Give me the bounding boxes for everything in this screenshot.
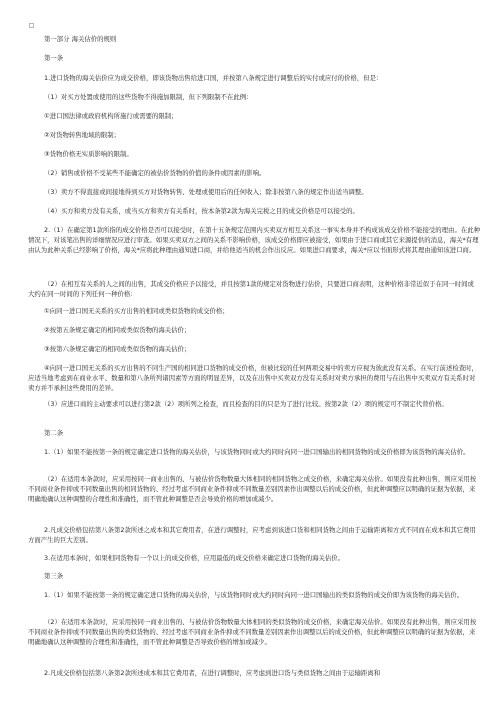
list-item: ③货物价格无实质影响的限制。: [44, 149, 480, 159]
paragraph: 2.凡成交价格包括第八条第2款所述之成本和其它费用者，在进行调整时，应考虑到该进…: [28, 525, 480, 545]
article-heading: 第三条: [44, 571, 480, 581]
paragraph: 2.凡成交价格包括第八条第2款所述成本和其它费用者，在进行调整时，应考虑到进口货…: [28, 668, 480, 678]
paragraph: （2）在适用本条款时，应采用按同一商业出售的、与被估价货物数量大体相同的相同货物…: [28, 474, 480, 504]
document-title: 第一部分 海关估价的规则: [44, 34, 480, 44]
paragraph: （2）在相互有关系的人之间的出售，其成交价格应予以接受，并且按第1款的规定对货物…: [28, 279, 480, 299]
list-item: ①向同一进口国无关系的买方出售的相同或类似货物的成交价格；: [44, 306, 480, 316]
article-heading: 第一条: [44, 53, 480, 63]
paragraph: 1.（1）如果不能按第一条的规定确定进口货物的海关估价，与该货物同时或大约同时向…: [28, 447, 480, 457]
list-item: ②按第五条规定确定的相同或类似货物的海关估价；: [44, 325, 480, 335]
paragraph: （2）销售或价格不受某些不能确定的被估价货物的价值的条件或因素的影响。: [44, 168, 480, 178]
paragraph: （1）对买方处置或使用的这些货物不得施加限制，但下列限制不在此例：: [44, 92, 480, 102]
list-item: ②对货物转售地域的限制；: [44, 130, 480, 140]
paragraph: 1.（1）如果不能按第一条的规定确定进口货物的海关估价，与该货物同时或大约同时向…: [28, 590, 480, 600]
paragraph: （3）应进口商的主动要求可以进行第2款（2）项所列之检查，而且检查的目的只是为了…: [28, 399, 480, 409]
list-item: ④向同一进口国无关系的买方出售的不同生产国的相同进口货物的成交价格，但被比较的任…: [28, 363, 480, 393]
list-item: ③按第六条规定确定的相同或类似货物的海关估价；: [44, 344, 480, 354]
paragraph: 3.在适用本条时，如果相同货物有一个以上的成交价格，应用最低的成交价格来确定进口…: [44, 553, 480, 563]
paragraph: （4）买方和卖方没有关系，或当买方和卖方有关系时，按本条第2款为海关完税之目的成…: [44, 206, 480, 216]
paragraph: （2）在适用本条款时，应采用按同一商业出售的、与被估价货物数量大体相同的类似货物…: [28, 617, 480, 647]
article-heading: 第二条: [44, 428, 480, 438]
paragraph: 2.（1）在确定第1款所指的成交价格是否可以接受时，在第十五条规定范围内买卖双方…: [28, 225, 480, 255]
document-marker-icon: [29, 23, 34, 28]
paragraph: （3）卖方不得直接或间接地得到买方对货物转售、处理或使用后的任何收入；除非按第八…: [44, 187, 480, 197]
paragraph: 1.进口货物的海关估价应为成交价格，即该货物出售给进口国，并按第八条规定进行调整…: [44, 73, 480, 83]
list-item: ①进口国法律或政府机构所施行或需要的限制；: [44, 111, 480, 121]
